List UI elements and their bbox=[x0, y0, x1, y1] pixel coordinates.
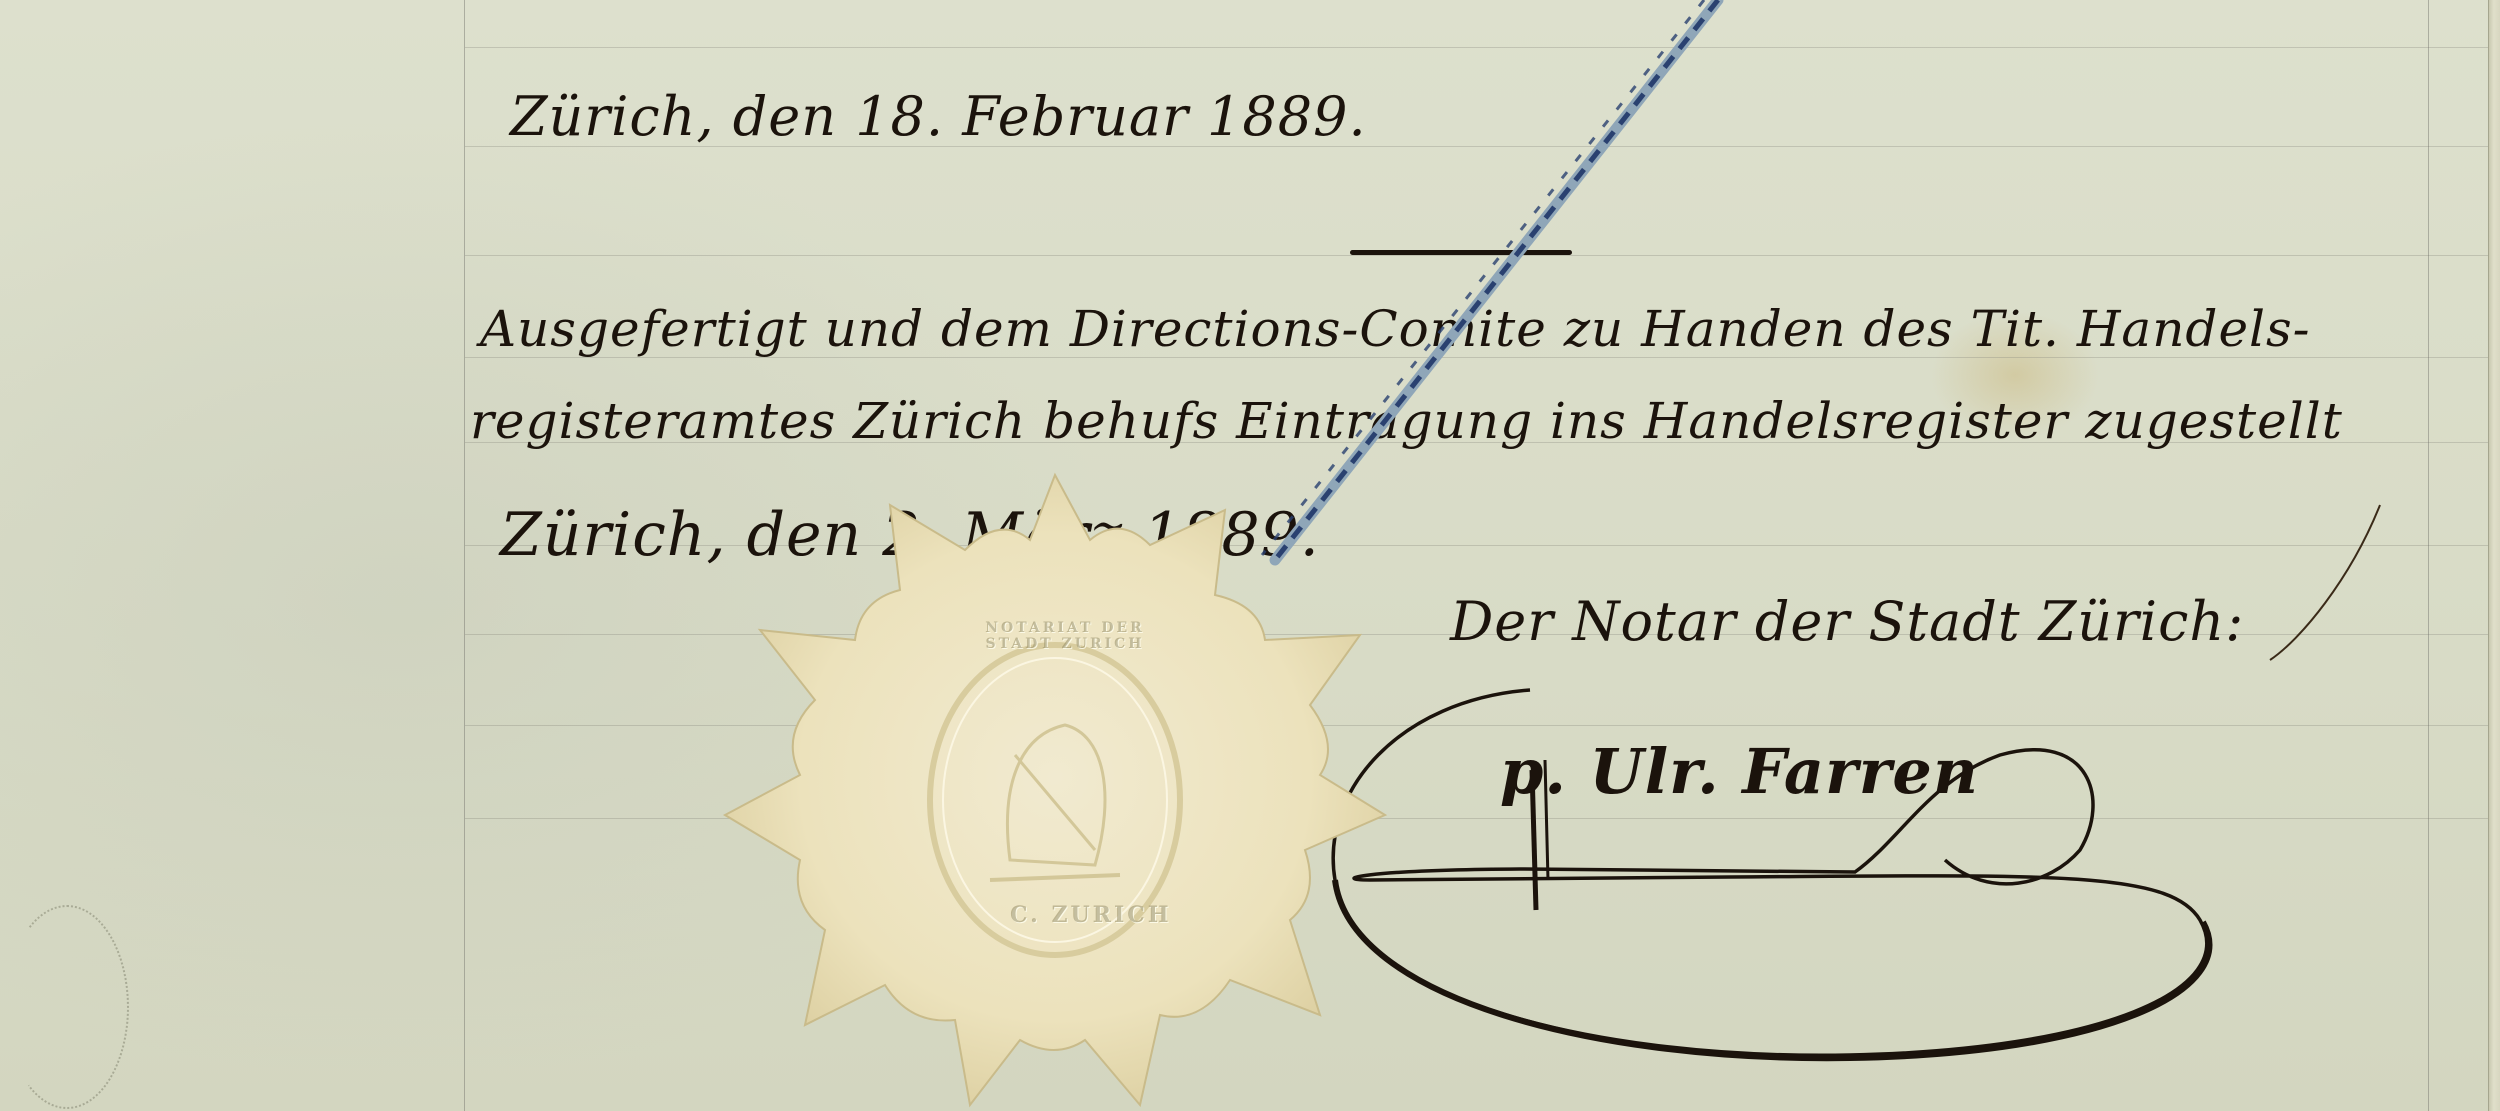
binding-cord bbox=[0, 0, 2500, 1111]
document-page: Zürich, den 18. Februar 1889. Ausgeferti… bbox=[0, 0, 2500, 1111]
